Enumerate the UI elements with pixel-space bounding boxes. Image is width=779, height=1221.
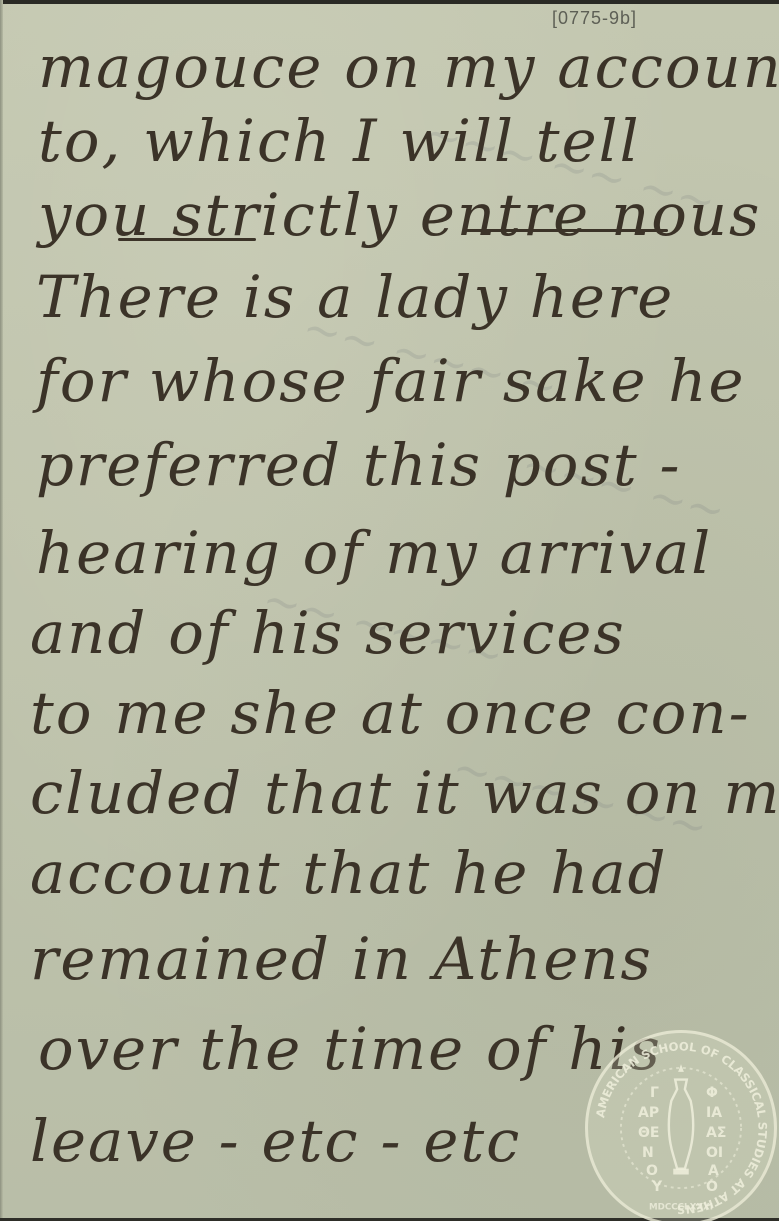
paper-left-edge xyxy=(0,0,3,1221)
handwritten-line: leave - etc - etc xyxy=(30,1112,521,1170)
underline-entre-nous xyxy=(466,229,668,232)
scan-top-edge xyxy=(0,0,779,4)
handwritten-line: and of his services xyxy=(30,604,626,662)
handwritten-line: you strictly entre nous xyxy=(38,186,761,244)
handwritten-line: magouce on my account xyxy=(38,38,779,96)
embossed-seal-stamp: AMERICAN SCHOOL OF CLASSICAL STUDIES AT … xyxy=(585,1030,777,1221)
handwritten-line: hearing of my arrival xyxy=(36,524,712,582)
handwritten-line: for whose fair sake he xyxy=(36,352,746,410)
svg-text:MDCCCLXXXI: MDCCCLXXXI xyxy=(649,1202,713,1212)
seal-letter: Φ xyxy=(706,1085,718,1101)
seal-letter: Υ xyxy=(652,1179,662,1195)
handwritten-line: remained in Athens xyxy=(30,930,653,988)
seal-letter: ΑΣ xyxy=(706,1125,726,1141)
seal-letter: ΘΕ xyxy=(638,1125,659,1141)
handwritten-line: preferred this post - xyxy=(36,436,682,494)
seal-ring-text-icon: AMERICAN SCHOOL OF CLASSICAL STUDIES AT … xyxy=(588,1033,774,1221)
seal-letter: Γ xyxy=(650,1085,659,1101)
seal-letter: ΙΑ xyxy=(706,1105,722,1121)
seal-letter: ΟΙ xyxy=(706,1145,723,1161)
handwritten-line: There is a lady here xyxy=(36,268,674,326)
seal-letter: Ο xyxy=(706,1179,718,1195)
seal-letter: Α xyxy=(708,1163,719,1179)
handwritten-line: over the time of his xyxy=(38,1020,662,1078)
underline-strictly xyxy=(118,238,256,241)
seal-letter: Ο xyxy=(646,1163,658,1179)
handwritten-line: account that he had xyxy=(30,844,668,902)
handwritten-line: cluded that it was on my xyxy=(30,764,779,822)
handwritten-line: to me she at once con- xyxy=(30,684,751,742)
seal-letter: ΑΡ xyxy=(638,1105,659,1121)
handwritten-line: to, which I will tell xyxy=(38,112,641,170)
letter-page: ~~~ ~~ ~~ ~~ ~~~ ~ ~~~ ~~ ~~ ~~~~ ~~~ ~ … xyxy=(0,0,779,1221)
archive-reference-label: [0775-9b] xyxy=(552,8,637,29)
seal-letter: Ν xyxy=(642,1145,654,1161)
